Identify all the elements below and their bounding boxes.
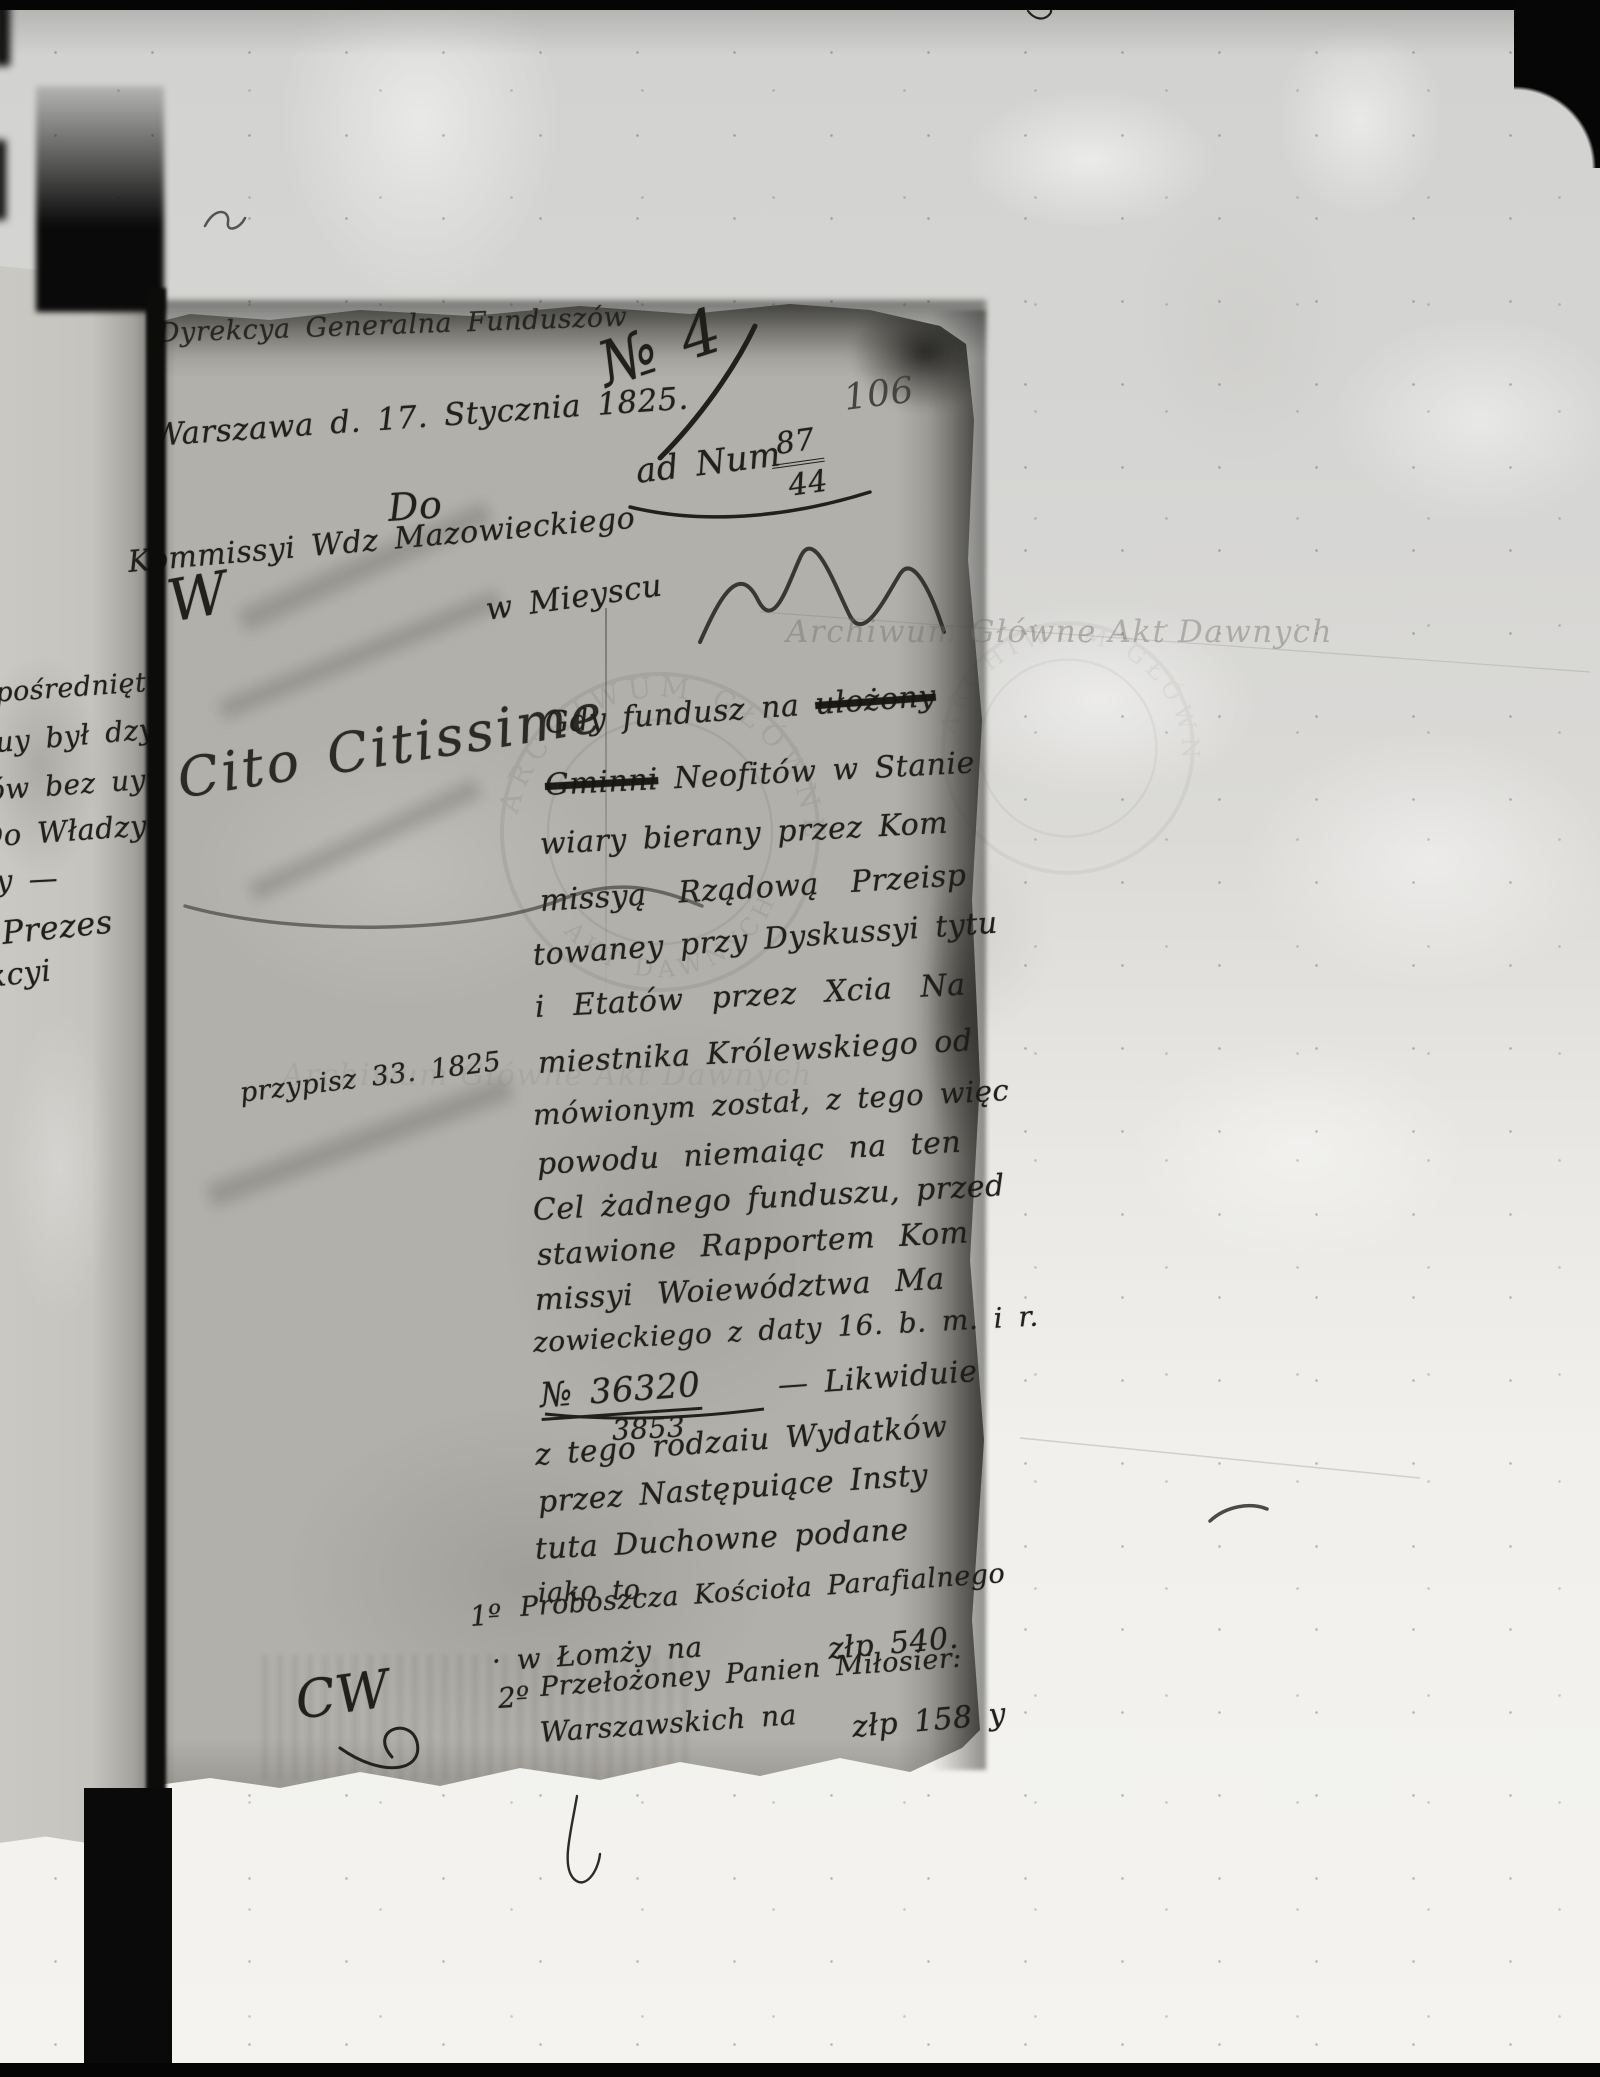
ink-bleedthrough [247, 778, 482, 902]
left-fragment: y — [0, 861, 59, 898]
film-bottom-strip [0, 2063, 1600, 2077]
archive-watermark-emblem: ARCHIWUM GŁÓWNE AKT DAWNYCH [470, 642, 850, 1022]
archive-watermark-text: Archiwum Główne Akt Dawnych [282, 1058, 813, 1093]
paper-fiber-streaks [262, 1655, 692, 1780]
scratch-line [1020, 1438, 1420, 1478]
previous-page-texture [0, 266, 152, 1846]
spine-shadow-bottom [84, 1788, 172, 2077]
manuscript-page [150, 300, 986, 1802]
book-gutter [146, 288, 166, 1798]
pen-hook-bottom [568, 1796, 600, 1882]
scanbed-top-shade [0, 8, 1600, 56]
spine-shadow-top [36, 86, 164, 312]
page-top-edge-shadow [150, 300, 986, 356]
fiber-mark-right [1210, 1506, 1267, 1521]
scanned-document: zapośredniętwem łuy był dzy ów bez uym D… [0, 0, 1600, 2077]
archive-watermark-emblem: ARCHIWUM GŁÓWNE [918, 598, 1218, 898]
film-top-strip [0, 0, 1600, 10]
previous-page-edge: zapośredniętwem łuy był dzy ów bez uym D… [0, 266, 152, 1846]
left-fragment: kcyi [0, 953, 53, 994]
film-corner-mask [1514, 0, 1600, 168]
svg-text:ARCHIWUM GŁÓWNE: ARCHIWUM GŁÓWNE [492, 670, 832, 845]
ink-bleedthrough [206, 1076, 515, 1208]
page-right-edge-shadow [930, 310, 986, 1770]
fiber-mark-topleft [205, 212, 245, 229]
film-edge-smudge [0, 140, 6, 220]
